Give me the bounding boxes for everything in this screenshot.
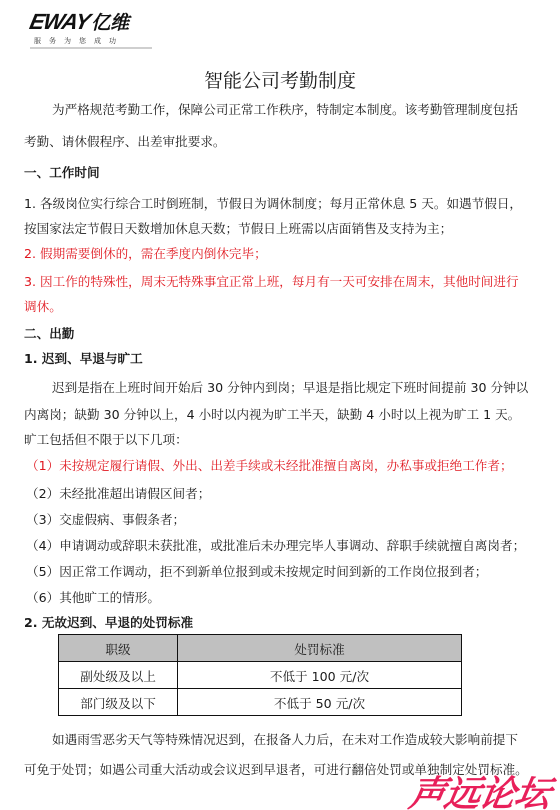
absence-item-6: （6）其他旷工的情形。 (26, 590, 160, 606)
table-header-rank: 职级 (59, 635, 178, 662)
table-row: 部门级及以下 不低于 50 元/次 (59, 689, 462, 716)
logo-brand-cn: 亿维 (91, 8, 129, 35)
intro-line-2: 考勤、请休假程序、出差审批要求。 (24, 134, 226, 150)
sub1-body-line1: 迟到是指在上班时间开始后 30 分钟内到岗；早退是指比规定下班时间提前 30 分… (52, 380, 528, 396)
table-cell-penalty: 不低于 100 元/次 (178, 662, 462, 689)
section1-item1-line2: 按国家法定节假日天数增加休息天数；节假日上班需以店面销售及支持为主； (24, 221, 452, 237)
section2-sub2-heading: 2. 无故迟到、早退的处罚标准 (24, 615, 193, 631)
absence-item-2: （2）未经批准超出请假区间者； (26, 486, 210, 502)
absence-item-4: （4）申请调动或辞职未获批准，或批准后未办理完毕人事调动、辞职手续就擅自离岗者； (26, 538, 525, 554)
table-header-penalty: 处罚标准 (178, 635, 462, 662)
absence-item-3: （3）交虚假病、事假条者； (26, 512, 185, 528)
table-row: 副处级及以上 不低于 100 元/次 (59, 662, 462, 689)
table-cell-rank: 副处级及以上 (59, 662, 178, 689)
section1-heading: 一、工作时间 (24, 165, 100, 181)
table-header-row: 职级 处罚标准 (59, 635, 462, 662)
sub1-body-line2: 内离岗；缺勤 30 分钟以上，4 小时以内视为旷工半天，缺勤 4 小时以上视为旷… (24, 407, 520, 423)
document-title: 智能公司考勤制度 (0, 66, 560, 93)
company-logo: EWAY 亿维 服务为您成功 (30, 8, 170, 50)
section2-heading: 二、出勤 (24, 326, 74, 342)
sub1-body-line3: 旷工包括但不限于以下几项： (24, 432, 188, 448)
section1-item1-line1: 1. 各级岗位实行综合工时倒班制，节假日为调休制度；每月正常休息 5 天。如遇节… (24, 196, 522, 212)
note-line-1: 如遇雨雪恶劣天气等特殊情况迟到，在报备人力后，在未对工作造成较大影响前提下 (52, 732, 518, 748)
section1-item3-line1: 3. 因工作的特殊性，周末无特殊事宜正常上班，每月有一天可安排在周末，其他时间进… (24, 274, 519, 290)
table-cell-rank: 部门级及以下 (59, 689, 178, 716)
absence-item-1: （1）未按规定履行请假、外出、出差手续或未经批准擅自离岗，办私事或拒绝工作者； (26, 458, 513, 474)
logo-brand-en: EWAY (27, 9, 92, 35)
logo-slogan: 服务为您成功 (30, 36, 152, 49)
section1-item2: 2. 假期需要倒休的，需在季度内倒休完毕； (24, 246, 267, 262)
section1-item3-line2: 调休。 (24, 299, 62, 315)
penalty-table: 职级 处罚标准 副处级及以上 不低于 100 元/次 部门级及以下 不低于 50… (58, 634, 462, 716)
forum-watermark: 声远论坛 (405, 766, 554, 810)
intro-line-1: 为严格规范考勤工作，保障公司正常工作秩序，特制定本制度。该考勤管理制度包括 (52, 102, 518, 118)
section2-sub1-heading: 1. 迟到、早退与旷工 (24, 351, 143, 367)
absence-item-5: （5）因正常工作调动，拒不到新单位报到或未按规定时间到新的工作岗位报到者； (26, 564, 487, 580)
table-cell-penalty: 不低于 50 元/次 (178, 689, 462, 716)
